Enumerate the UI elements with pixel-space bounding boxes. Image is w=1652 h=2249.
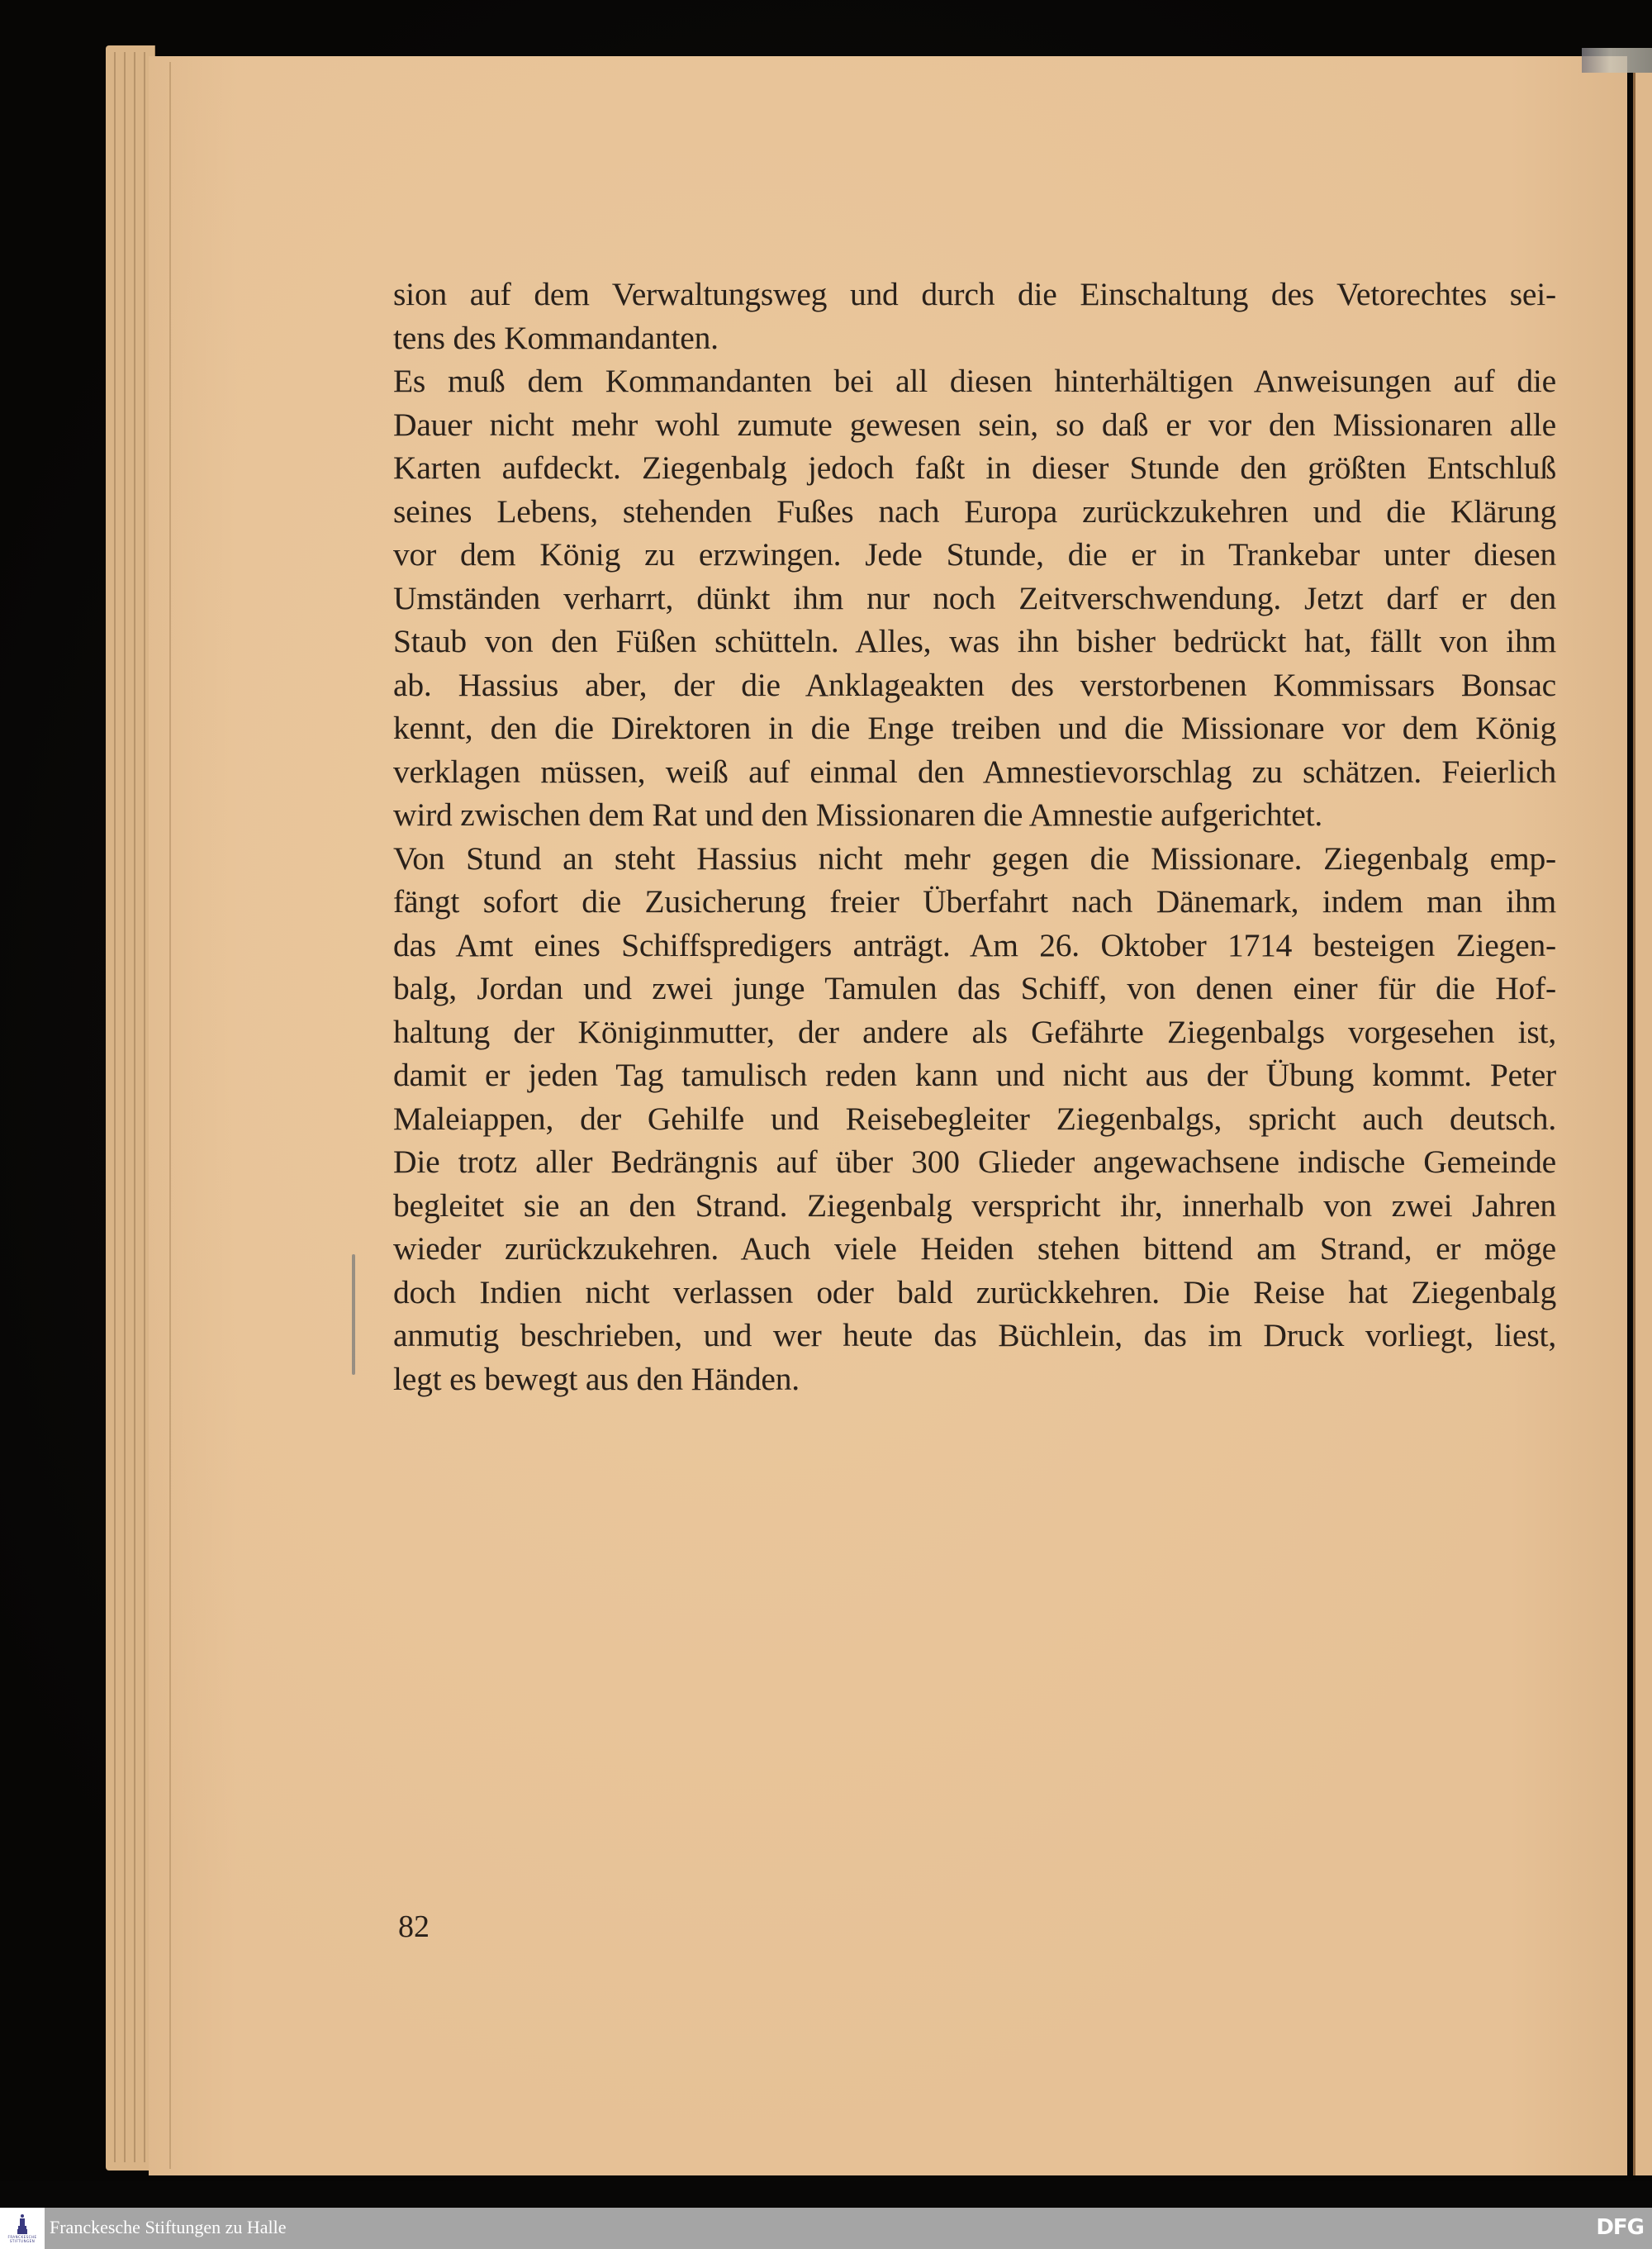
text-line: seines Lebens, stehenden Fußes nach Euro… [393, 490, 1556, 534]
text-line: tens des Kommandanten. [393, 316, 1556, 360]
page-number: 82 [398, 1909, 430, 1945]
logo-text: STIFTUNGEN [10, 2239, 35, 2243]
text-line: damit er jeden Tag tamulisch reden kann … [393, 1053, 1556, 1097]
text-line: Umständen verharrt, dünkt ihm nur noch Z… [393, 577, 1556, 620]
binding-thread [1582, 48, 1652, 73]
page-inner-edge [169, 62, 171, 2169]
text-line: sion auf dem Verwaltungsweg und durch di… [393, 273, 1556, 316]
francke-statue-icon [17, 2213, 28, 2235]
text-line: vor dem König zu erzwingen. Jede Stunde,… [393, 533, 1556, 577]
body-text: sion auf dem Verwaltungsweg und durch di… [393, 273, 1556, 1400]
text-line: Maleiappen, der Gehilfe und Reisebegleit… [393, 1097, 1556, 1141]
text-line: Staub von den Füßen schütteln. Alles, wa… [393, 620, 1556, 663]
text-line: anmutig beschrieben, und wer heute das B… [393, 1314, 1556, 1357]
footer-bar: FRANCKESCHE STIFTUNGEN Franckesche Stift… [0, 2208, 1652, 2249]
text-line: doch Indien nicht verlassen oder bald zu… [393, 1271, 1556, 1315]
institution-name: Franckesche Stiftungen zu Halle [50, 2217, 287, 2238]
text-line: kennt, den die Direktoren in die Enge tr… [393, 706, 1556, 750]
text-line: Es muß dem Kommandanten bei all diesen h… [393, 359, 1556, 403]
page-edge-line [114, 52, 116, 2162]
page-gutter [1633, 73, 1652, 2175]
pencil-margin-mark [352, 1254, 355, 1375]
text-line: fängt sofort die Zusicherung freier Über… [393, 880, 1556, 924]
dfg-logo[interactable]: DFG [1596, 2215, 1644, 2240]
text-line: balg, Jordan und zwei junge Tamulen das … [393, 967, 1556, 1010]
text-line: begleitet sie an den Strand. Ziegenbalg … [393, 1184, 1556, 1228]
text-line: das Amt eines Schiffspredigers anträgt. … [393, 924, 1556, 968]
page-edge-line [124, 52, 126, 2162]
text-line: wird zwischen dem Rat und den Missionare… [393, 793, 1556, 837]
text-line: Karten aufdeckt. Ziegenbalg jedoch faßt … [393, 446, 1556, 490]
text-line: Die trotz aller Bedrängnis auf über 300 … [393, 1140, 1556, 1184]
text-line: legt es bewegt aus den Händen. [393, 1357, 1556, 1401]
text-line: Von Stund an steht Hassius nicht mehr ge… [393, 837, 1556, 881]
page-edge-line [134, 52, 135, 2162]
text-line: verklagen müssen, weiß auf einmal den Am… [393, 750, 1556, 794]
page-stack-edges [106, 45, 155, 2171]
text-line: ab. Hassius aber, der die Anklageakten d… [393, 663, 1556, 707]
text-line: haltung der Königinmutter, der andere al… [393, 1010, 1556, 1054]
text-line: wieder zurückzukehren. Auch viele Heiden… [393, 1227, 1556, 1271]
institution-logo[interactable]: FRANCKESCHE STIFTUNGEN [0, 2208, 45, 2249]
page-edge-line [144, 52, 145, 2162]
text-line: Dauer nicht mehr wohl zumute gewesen sei… [393, 403, 1556, 447]
